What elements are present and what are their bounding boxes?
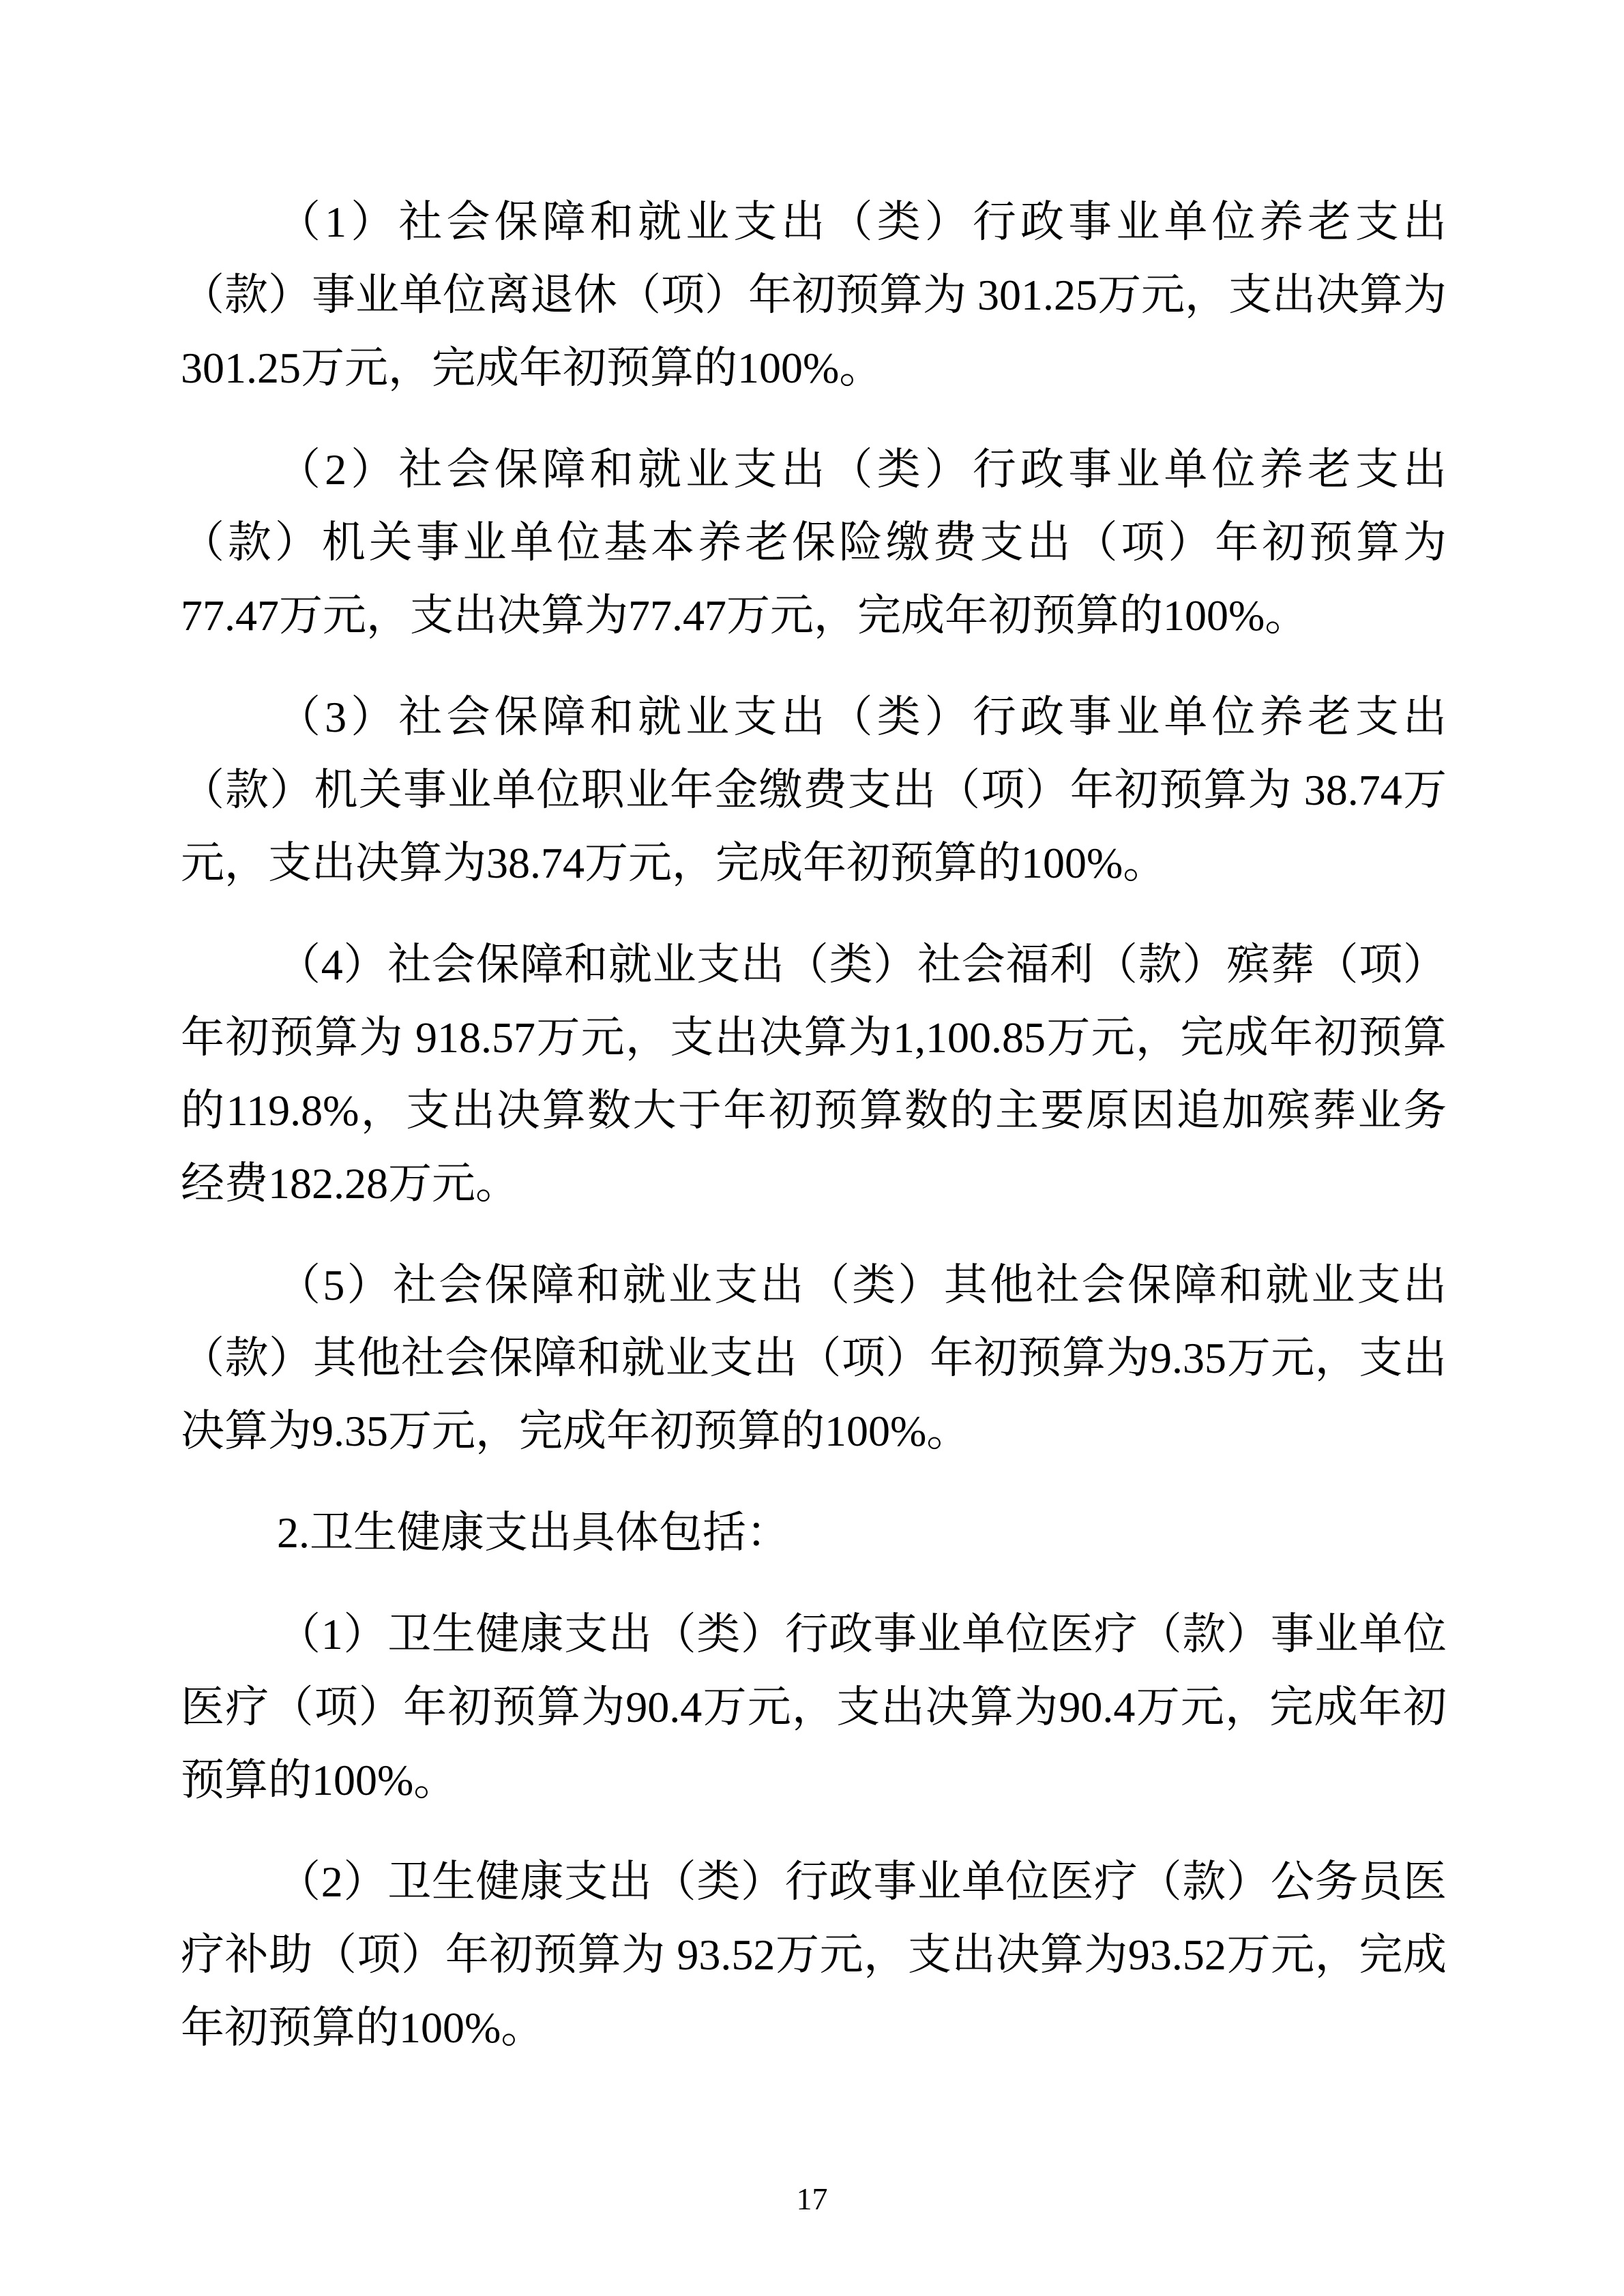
paragraph-social-security-item-3: （3）社会保障和就业支出（类）行政事业单位养老支出（款）机关事业单位职业年金缴费…: [181, 681, 1447, 899]
document-page: （1）社会保障和就业支出（类）行政事业单位养老支出（款）事业单位离退休（项）年初…: [0, 0, 1624, 2296]
document-body: （1）社会保障和就业支出（类）行政事业单位养老支出（款）事业单位离退休（项）年初…: [181, 185, 1447, 2093]
paragraph-social-security-item-2: （2）社会保障和就业支出（类）行政事业单位养老支出（款）机关事业单位基本养老保险…: [181, 433, 1447, 652]
paragraph-health-expense-item-2: （2）卫生健康支出（类）行政事业单位医疗（款）公务员医疗补助（项）年初预算为 9…: [181, 1845, 1447, 2064]
paragraph-social-security-item-5: （5）社会保障和就业支出（类）其他社会保障和就业支出（款）其他社会保障和就业支出…: [181, 1249, 1447, 1467]
paragraph-health-expense-heading: 2.卫生健康支出具体包括：: [181, 1496, 1447, 1569]
paragraph-social-security-item-4: （4）社会保障和就业支出（类）社会福利（款）殡葬（项）年初预算为 918.57万…: [181, 928, 1447, 1220]
paragraph-social-security-item-1: （1）社会保障和就业支出（类）行政事业单位养老支出（款）事业单位离退休（项）年初…: [181, 185, 1447, 404]
page-number: 17: [0, 2181, 1624, 2217]
paragraph-health-expense-item-1: （1）卫生健康支出（类）行政事业单位医疗（款）事业单位医疗（项）年初预算为90.…: [181, 1598, 1447, 1817]
